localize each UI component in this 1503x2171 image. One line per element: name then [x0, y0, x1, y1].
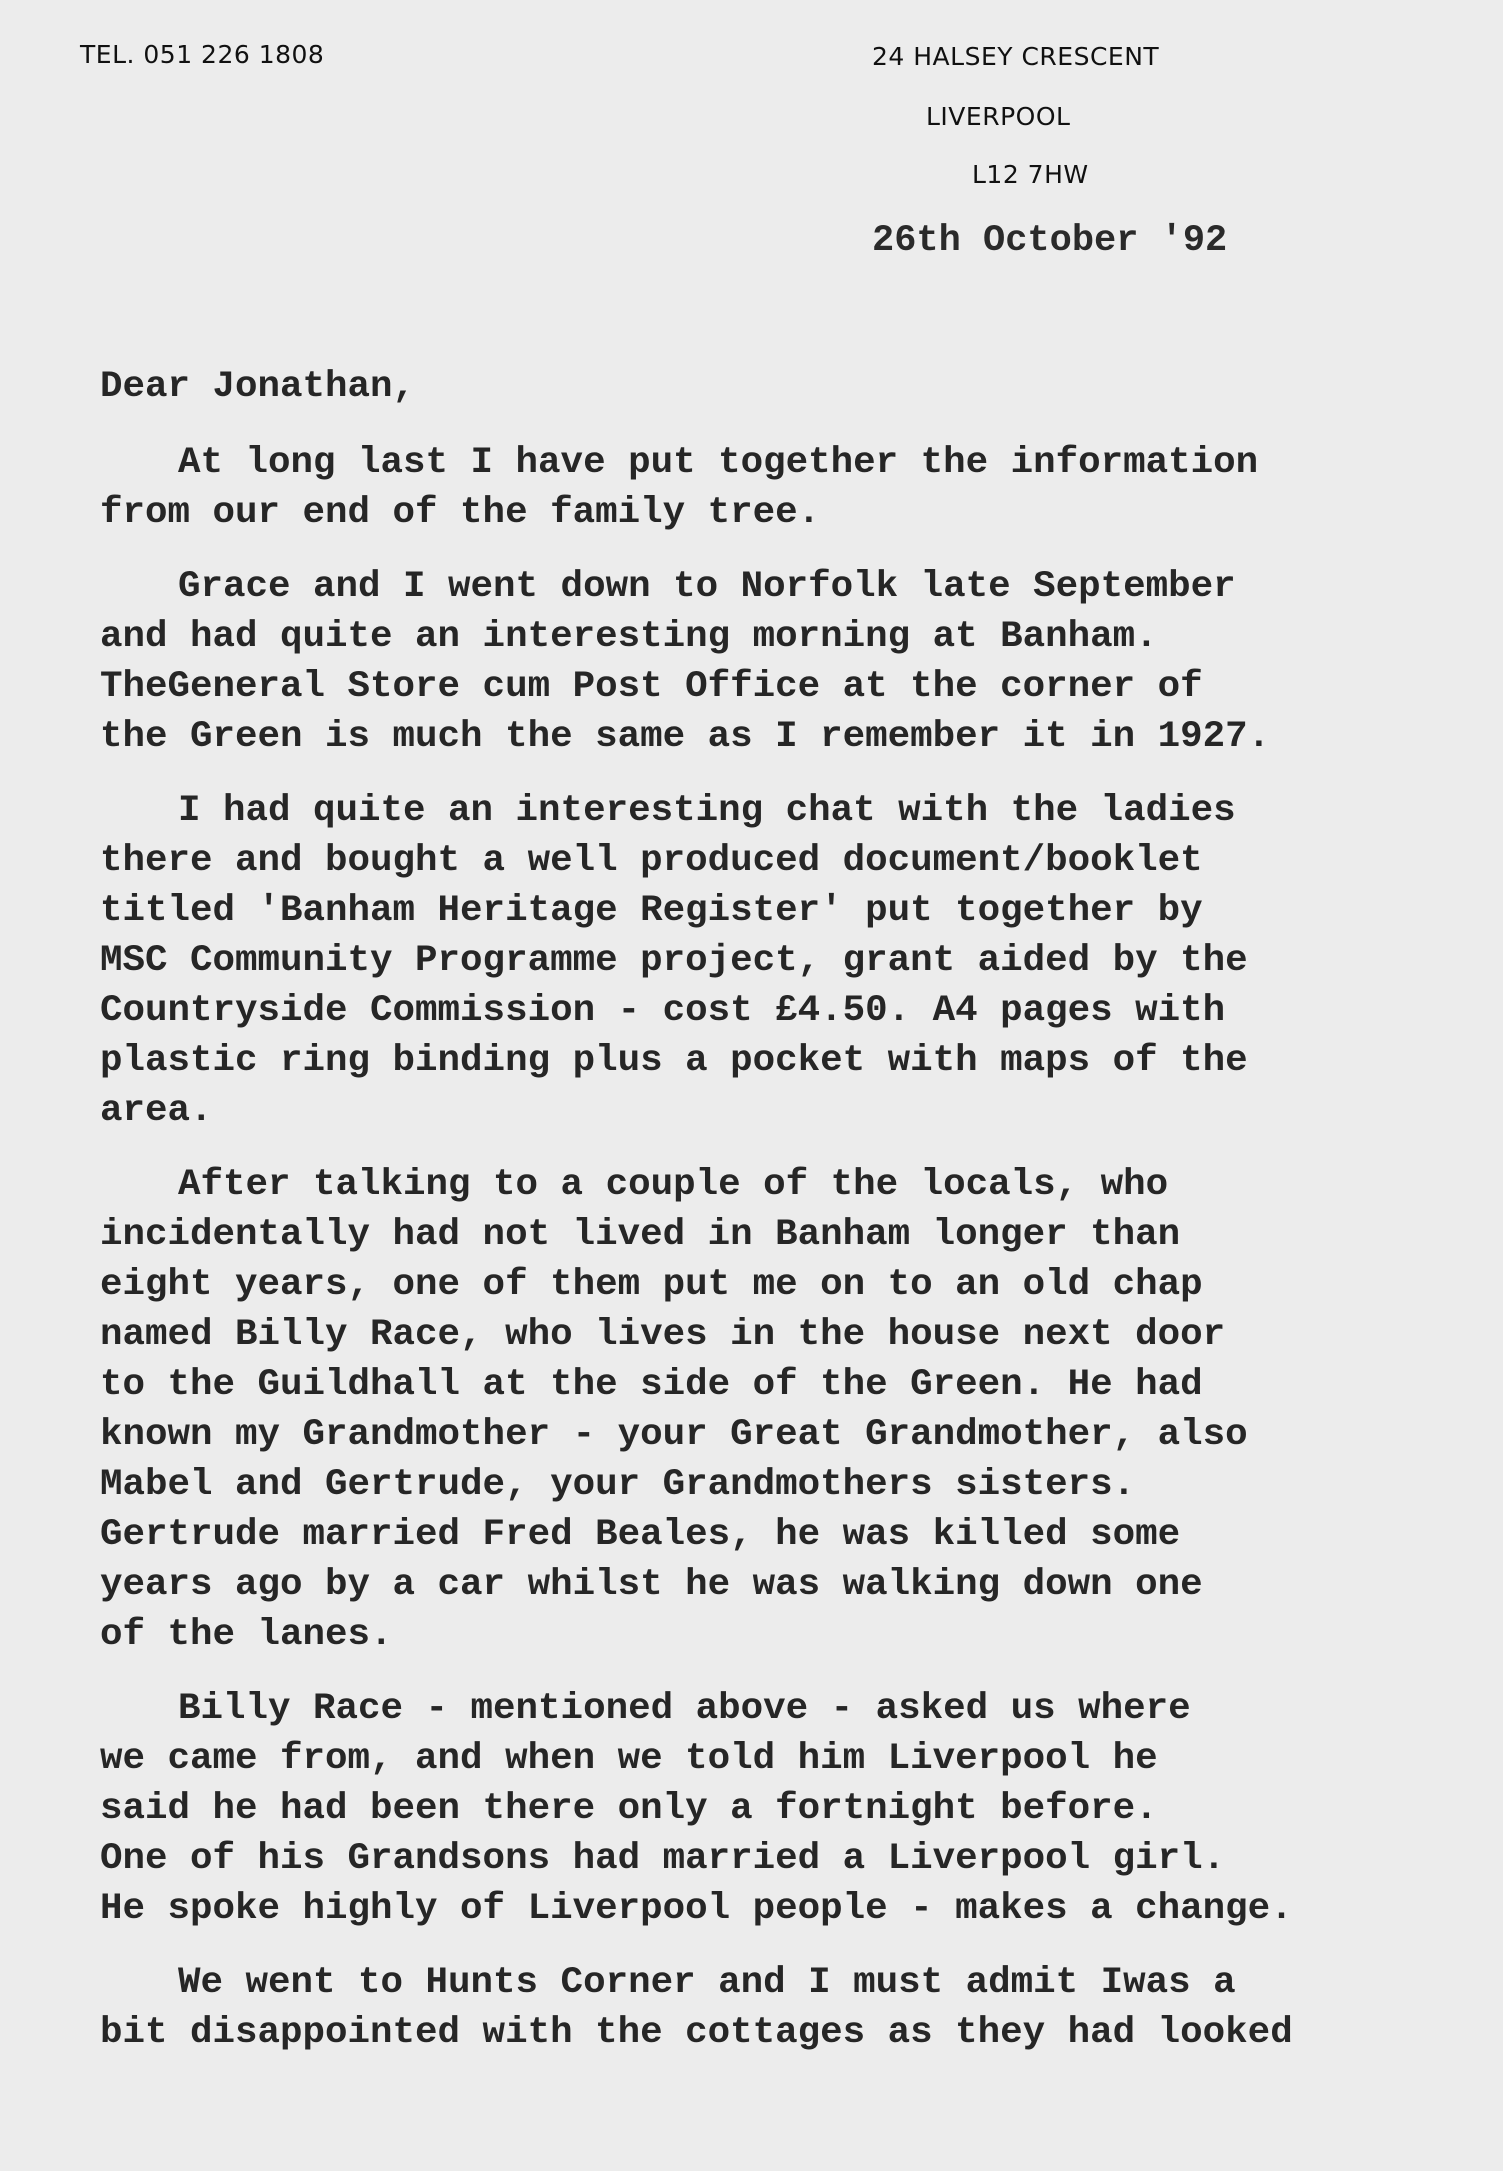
text-line: named Billy Race, who lives in the house… [100, 1310, 1440, 1360]
text-line: MSC Community Programme project, grant a… [100, 936, 1440, 986]
paragraphs: At long last I have put together the inf… [100, 438, 1440, 2058]
text-line: We went to Hunts Corner and I must admit… [100, 1958, 1440, 2008]
text-line: titled 'Banham Heritage Register' put to… [100, 886, 1440, 936]
text-line: He spoke highly of Liverpool people - ma… [100, 1884, 1440, 1934]
letter-body: Dear Jonathan, At long last I have put t… [100, 362, 1440, 2082]
text-line: I had quite an interesting chat with the… [100, 786, 1440, 836]
address-street: 24 HALSEY CRESCENT [872, 42, 1159, 71]
text-line: from our end of the family tree. [100, 488, 1440, 538]
paragraph: Grace and I went down to Norfolk late Se… [100, 562, 1440, 762]
address-postcode: L12 7HW [972, 160, 1089, 189]
text-line: At long last I have put together the inf… [100, 438, 1440, 488]
paragraph: After talking to a couple of the locals,… [100, 1160, 1440, 1660]
text-line: One of his Grandsons had married a Liver… [100, 1834, 1440, 1884]
text-line: Mabel and Gertrude, your Grandmothers si… [100, 1460, 1440, 1510]
text-line: bit disappointed with the cottages as th… [100, 2008, 1440, 2058]
paragraph: I had quite an interesting chat with the… [100, 786, 1440, 1136]
text-line: of the lanes. [100, 1610, 1440, 1660]
telephone-number: TEL. 051 226 1808 [80, 40, 324, 69]
text-line: we came from, and when we told him Liver… [100, 1734, 1440, 1784]
paragraph: At long last I have put together the inf… [100, 438, 1440, 538]
address-city: LIVERPOOL [926, 102, 1070, 131]
text-line: area. [100, 1086, 1440, 1136]
text-line: there and bought a well produced documen… [100, 836, 1440, 886]
text-line: said he had been there only a fortnight … [100, 1784, 1440, 1834]
paragraph: We went to Hunts Corner and I must admit… [100, 1958, 1440, 2058]
text-line: years ago by a car whilst he was walking… [100, 1560, 1440, 1610]
text-line: Billy Race - mentioned above - asked us … [100, 1684, 1440, 1734]
text-line: and had quite an interesting morning at … [100, 612, 1440, 662]
text-line: plastic ring binding plus a pocket with … [100, 1036, 1440, 1086]
text-line: After talking to a couple of the locals,… [100, 1160, 1440, 1210]
text-line: the Green is much the same as I remember… [100, 712, 1440, 762]
text-line: known my Grandmother - your Great Grandm… [100, 1410, 1440, 1460]
salutation: Dear Jonathan, [100, 362, 1440, 412]
text-line: incidentally had not lived in Banham lon… [100, 1210, 1440, 1260]
text-line: to the Guildhall at the side of the Gree… [100, 1360, 1440, 1410]
paragraph: Billy Race - mentioned above - asked us … [100, 1684, 1440, 1934]
text-line: Countryside Commission - cost £4.50. A4 … [100, 986, 1440, 1036]
text-line: eight years, one of them put me on to an… [100, 1260, 1440, 1310]
letter-date: 26th October '92 [872, 220, 1227, 262]
text-line: TheGeneral Store cum Post Office at the … [100, 662, 1440, 712]
text-line: Gertrude married Fred Beales, he was kil… [100, 1510, 1440, 1560]
text-line: Grace and I went down to Norfolk late Se… [100, 562, 1440, 612]
